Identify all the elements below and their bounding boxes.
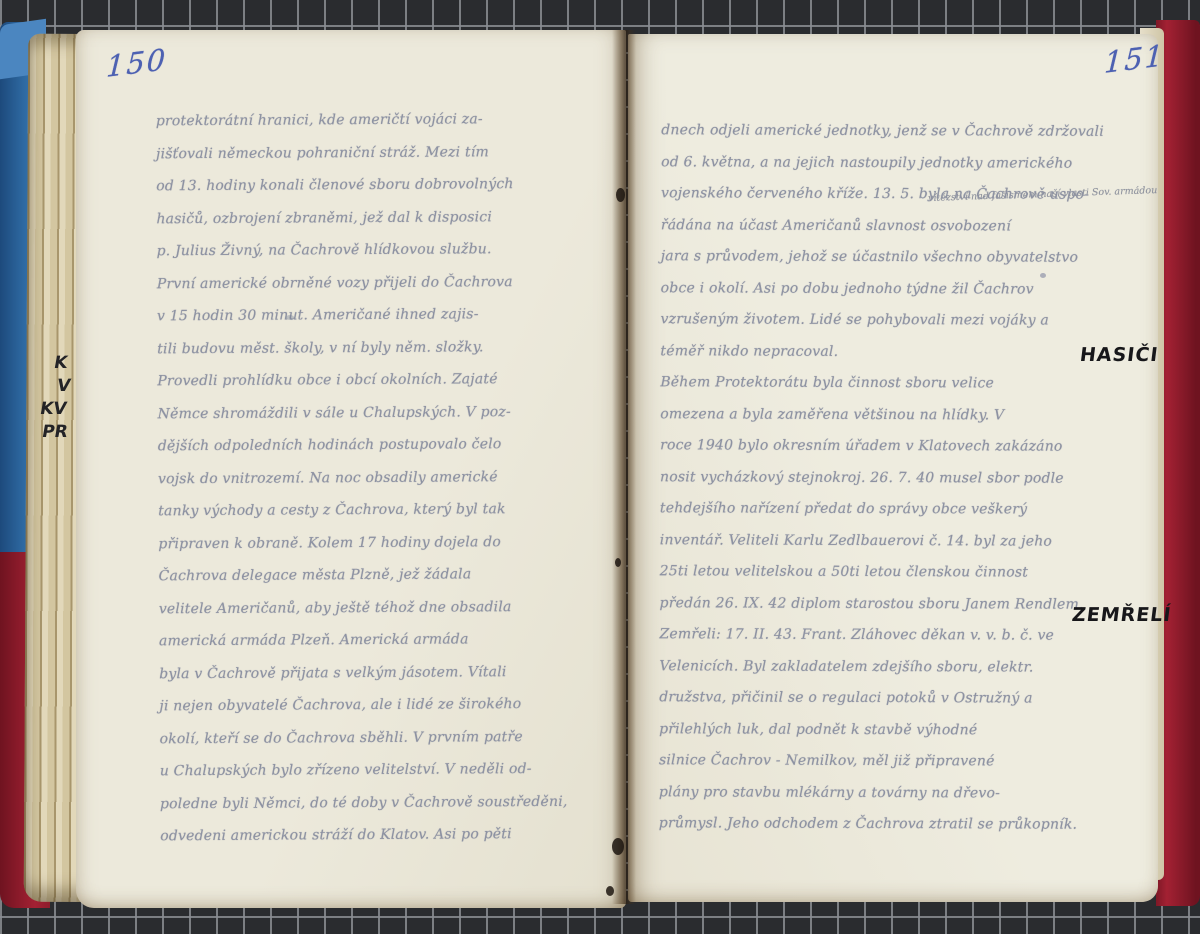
handwriting-line: předán 26. IX. 42 diplom starostou sboru… (660, 588, 1100, 621)
handwriting-line: Čachrova delegace města Plzně, jež žádal… (159, 558, 579, 593)
margin-letter: KV (36, 398, 80, 421)
page-number-right: 151 (1103, 38, 1166, 80)
margin-label-hasici: HASIČI (1079, 344, 1160, 366)
handwriting-line: Během Protektorátu byla činnost sboru ve… (660, 367, 1100, 400)
left-margin-letters: KVKVPR (38, 352, 78, 444)
handwriting-line: velitele Američanů, aby ještě téhož dne … (159, 590, 579, 625)
handwriting-line: vzrušeným životem. Lidé se pohybovali me… (660, 304, 1100, 337)
handwriting-line: nosit vycházkový stejnokroj. 26. 7. 40 m… (660, 462, 1100, 495)
handwriting-line: téměř nikdo nepracoval. (660, 336, 1100, 369)
handwriting-line: roce 1940 bylo okresním úřadem v Klatove… (660, 430, 1100, 463)
margin-label-zemreli: ZEMŘELÍ (1071, 604, 1173, 626)
handwriting-line: v 15 hodin 30 minut. Američané ihned zaj… (157, 298, 577, 333)
handwriting-line: tili budovu měst. školy, v ní byly něm. … (157, 330, 577, 365)
right-page: 151 vítězství nad fašismem naší vlasti S… (628, 34, 1158, 902)
handwriting-line: dějších odpoledních hodinách postupovalo… (158, 428, 578, 463)
handwriting-line: dnech odjeli americké jednotky, jenž se … (661, 115, 1101, 148)
handwriting-line: řádána na účast Američanů slavnost osvob… (661, 210, 1101, 243)
handwriting-line: Provedli prohlídku obce i obcí okolních.… (157, 363, 577, 398)
handwriting-line: odvedeni americkou stráží do Klatov. Asi… (160, 818, 580, 853)
handwriting-line: jišťovali německou pohraniční stráž. Mez… (156, 135, 576, 170)
handwriting-line: vojenského červeného kříže. 13. 5. byla … (661, 178, 1101, 211)
handwriting-line: okolí, kteří se do Čachrova sběhli. V pr… (159, 720, 579, 755)
book-gutter-shadow (612, 30, 636, 904)
left-page: 150 protektorátní hranici, kde američtí … (76, 30, 626, 908)
handwriting-line: Velenicích. Byl zakladatelem zdejšího sb… (659, 651, 1099, 684)
handwriting-line: jara s průvodem, jehož se účastnilo všec… (661, 241, 1101, 274)
binding-hole (612, 838, 624, 855)
left-page-handwriting: protektorátní hranici, kde američtí vojá… (156, 103, 581, 853)
handwriting-line: americká armáda Plzeň. Americká armáda (159, 623, 579, 658)
handwriting-line: ji nejen obyvatelé Čachrova, ale i lidé … (159, 688, 579, 723)
binding-hole (615, 558, 621, 567)
handwriting-line: omezena a byla zaměřena většinou na hlíd… (660, 399, 1100, 432)
margin-letter: K (36, 352, 80, 375)
handwriting-line: p. Julius Živný, na Čachrově hlídkovou s… (157, 233, 577, 268)
handwriting-line: protektorátní hranici, kde američtí vojá… (156, 103, 576, 138)
handwriting-line: od 13. hodiny konali členové sboru dobro… (156, 168, 576, 203)
binding-hole (616, 188, 625, 202)
margin-letter: PR (36, 421, 80, 444)
handwriting-line: od 6. května, a na jejich nastoupily jed… (661, 147, 1101, 180)
handwriting-line: vojsk do vnitrozemí. Na noc obsadily ame… (158, 460, 578, 495)
handwriting-line: družstva, přičinil se o regulaci potoků … (659, 682, 1099, 715)
handwriting-line: přilehlých luk, dal podnět k stavbě výho… (659, 714, 1099, 747)
binding-hole (606, 886, 614, 896)
handwriting-line: u Chalupských bylo zřízeno velitelství. … (160, 753, 580, 788)
handwriting-line: 25ti letou velitelskou a 50ti letou člen… (660, 556, 1100, 589)
page-number-left: 150 (105, 42, 168, 84)
handwriting-line: tanky východy a cesty z Čachrova, který … (158, 493, 578, 528)
handwriting-line: Němce shromáždili v sále u Chalupských. … (158, 395, 578, 430)
handwriting-line: plány pro stavbu mlékárny a továrny na d… (659, 777, 1099, 810)
handwriting-line: připraven k obraně. Kolem 17 hodiny doje… (158, 525, 578, 560)
margin-letter: V (36, 375, 80, 398)
chronicle-book-photo: KVKVPR 150 protektorátní hranici, kde am… (0, 0, 1200, 934)
handwriting-line: Zemřeli: 17. II. 43. Frant. Zláhovec děk… (659, 619, 1099, 652)
handwriting-line: inventář. Veliteli Karlu Zedlbauerovi č.… (660, 525, 1100, 558)
handwriting-line: První americké obrněné vozy přijeli do Č… (157, 265, 577, 300)
handwriting-line: obce i okolí. Asi po dobu jednoho týdne … (661, 273, 1101, 306)
right-page-handwriting: dnech odjeli americké jednotky, jenž se … (659, 115, 1102, 841)
handwriting-line: tehdejšího nařízení předat do správy obc… (660, 493, 1100, 526)
handwriting-line: byla v Čachrově přijata s velkým jásotem… (159, 655, 579, 690)
handwriting-line: poledne byli Němci, do té doby v Čachrov… (160, 785, 580, 820)
handwriting-line: průmysl. Jeho odchodem z Čachrova ztrati… (659, 808, 1099, 841)
handwriting-line: hasičů, ozbrojení zbraněmi, jež dal k di… (156, 200, 576, 235)
handwriting-line: silnice Čachrov - Nemilkov, měl již přip… (659, 745, 1099, 778)
